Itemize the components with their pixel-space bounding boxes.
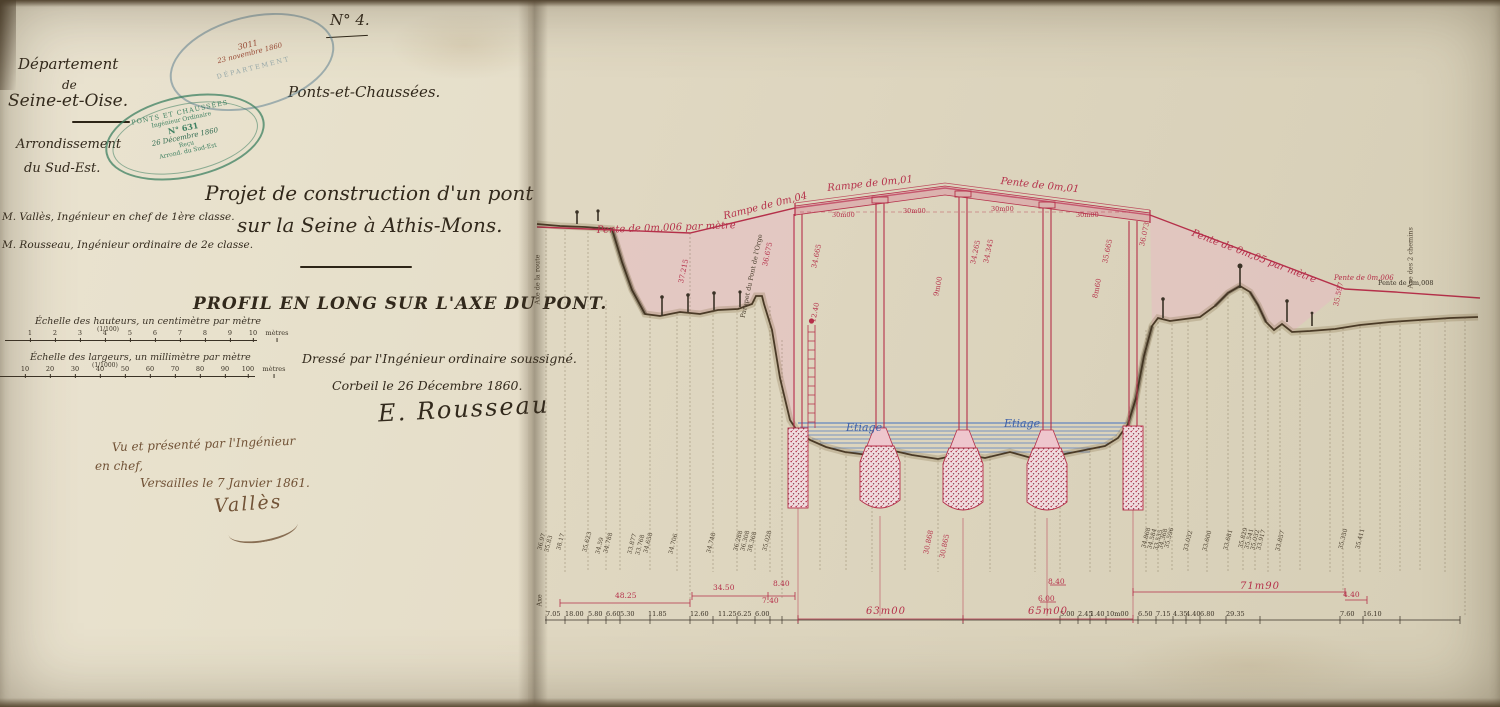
drawing-label: Pente de 0m,05 par mètre	[1190, 229, 1317, 286]
drawing-label: 30m00	[991, 206, 1014, 213]
drawing-label: 63m00	[866, 607, 906, 617]
drawing-label: 34.50	[713, 584, 734, 592]
drawing-label: Etiage	[846, 422, 882, 433]
paper-stain	[390, 10, 540, 80]
drawing-label: 33.600	[1202, 530, 1213, 552]
drawing-label: 10m00	[1106, 611, 1129, 618]
drawing-label: Rampe de 0m,01	[827, 175, 914, 194]
scanned-bridge-plan: N° 4. Département de Seine-et-Oise. Arro…	[0, 0, 1500, 707]
drawing-label: 16.10	[1363, 611, 1382, 618]
drawing-label: 11.25	[718, 611, 737, 618]
drawing-label: 33.857	[1275, 530, 1286, 552]
drawing-label: 71m90	[1240, 582, 1280, 592]
drawing-label: Parapet du Pont de l'Orge	[740, 234, 764, 319]
drawing-label: 7.05	[546, 611, 560, 618]
drawing-label: 12.60	[690, 611, 709, 618]
drawing-label: 9m00	[933, 276, 944, 297]
drawing-label: 8.40	[773, 580, 790, 588]
drawing-label: 34.345	[983, 239, 995, 264]
drawing-label: 6.25	[737, 611, 751, 618]
drawing-label: 7.40	[762, 597, 779, 605]
drawing-label: 33.681	[1223, 529, 1234, 551]
drawing-label: 34.788	[603, 532, 614, 554]
drawing-label: 6.50	[1138, 611, 1152, 618]
drawing-label: 35.597	[1333, 282, 1345, 307]
drawing-label: 48.25	[615, 592, 636, 600]
drawing-label: 36.675	[762, 242, 774, 267]
drawing-label: 38.17	[556, 533, 566, 551]
paper-stain	[1120, 630, 1380, 700]
drawing-label: Rampe de 0m,04	[723, 192, 809, 222]
drawing-label: 6.00	[755, 611, 769, 618]
drawing-label: 34.265	[970, 240, 982, 265]
drawing-label: 11.85	[648, 611, 667, 618]
drawing-label: Axe de la route	[535, 254, 542, 304]
drawing-label: 35.623	[582, 531, 593, 553]
drawing-label: 29.35	[1226, 611, 1245, 618]
drawing-label: 4.40	[1186, 611, 1200, 618]
drawing-annotations: Pente de 0m,006 par mètreRampe de 0m,04R…	[0, 0, 1500, 707]
drawing-label: 34.748	[706, 532, 717, 554]
drawing-label: 30.868	[923, 530, 935, 555]
drawing-label: 35.665	[1102, 239, 1114, 264]
drawing-label: 65m00	[1028, 607, 1068, 617]
drawing-label: 36.073	[1139, 222, 1151, 247]
drawing-label: Pente de 0m,01	[1000, 177, 1080, 195]
drawing-label: 34.665	[811, 244, 823, 269]
drawing-label: 7.60	[1340, 611, 1354, 618]
drawing-label: 6.60	[606, 611, 620, 618]
drawing-label: 30m00	[832, 212, 855, 219]
drawing-label: 35.411	[1355, 528, 1366, 550]
drawing-label: 12.40	[810, 302, 821, 323]
drawing-label: 18.00	[565, 611, 584, 618]
drawing-label: 5.30	[620, 611, 634, 618]
drawing-label: 7.15	[1156, 611, 1170, 618]
drawing-label: 35.350	[1338, 528, 1349, 550]
drawing-label: Pente de 0m,006 par mètre	[597, 221, 736, 236]
paper-edge-bottom	[0, 698, 1500, 707]
drawing-label: 30.865	[939, 534, 951, 559]
drawing-label: Axe	[537, 594, 544, 606]
drawing-label: 8.40	[1048, 578, 1065, 586]
paper-corner-shadow	[0, 0, 16, 90]
drawing-label: 30m00	[1076, 212, 1099, 219]
drawing-label: 5.80	[588, 611, 602, 618]
drawing-label: Axe des 2 chemins	[1408, 227, 1415, 288]
drawing-label: 30m00	[903, 208, 926, 215]
drawing-label: 34.706	[668, 533, 679, 555]
drawing-label: 8m60	[1092, 278, 1103, 299]
drawing-label: 1.40	[1090, 611, 1104, 618]
drawing-label: 33.032	[1183, 530, 1194, 552]
drawing-label: 37.215	[678, 259, 690, 284]
drawing-label: 4.40	[1343, 591, 1360, 599]
drawing-label: 6.00	[1038, 595, 1055, 603]
drawing-label: 35.028	[762, 530, 773, 552]
drawing-label: Etiage	[1004, 418, 1040, 429]
drawing-label: 6.80	[1200, 611, 1214, 618]
drawing-label: 35.83	[544, 535, 554, 553]
